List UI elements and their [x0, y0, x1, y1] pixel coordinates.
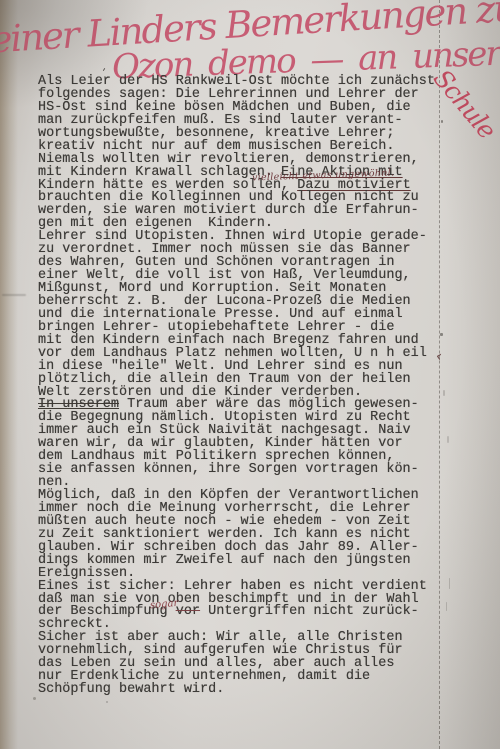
margin-smudge [2, 294, 26, 296]
typed-line: sie anfassen können, ihre Sorgen vortrag… [38, 464, 450, 477]
ink-dot [106, 701, 108, 703]
typed-text-block: Als Leier der HS Rankweil-Ost möchte ich… [38, 76, 450, 697]
photographed-document-page: einer Linders Bemerkungen zur Ozon demo … [0, 0, 500, 749]
typed-line: Schöpfung bewahrt wird. [38, 684, 450, 697]
corrected-word: vor [176, 604, 200, 619]
ink-dot [33, 697, 36, 700]
paper-left-edge-shadow [0, 0, 18, 749]
